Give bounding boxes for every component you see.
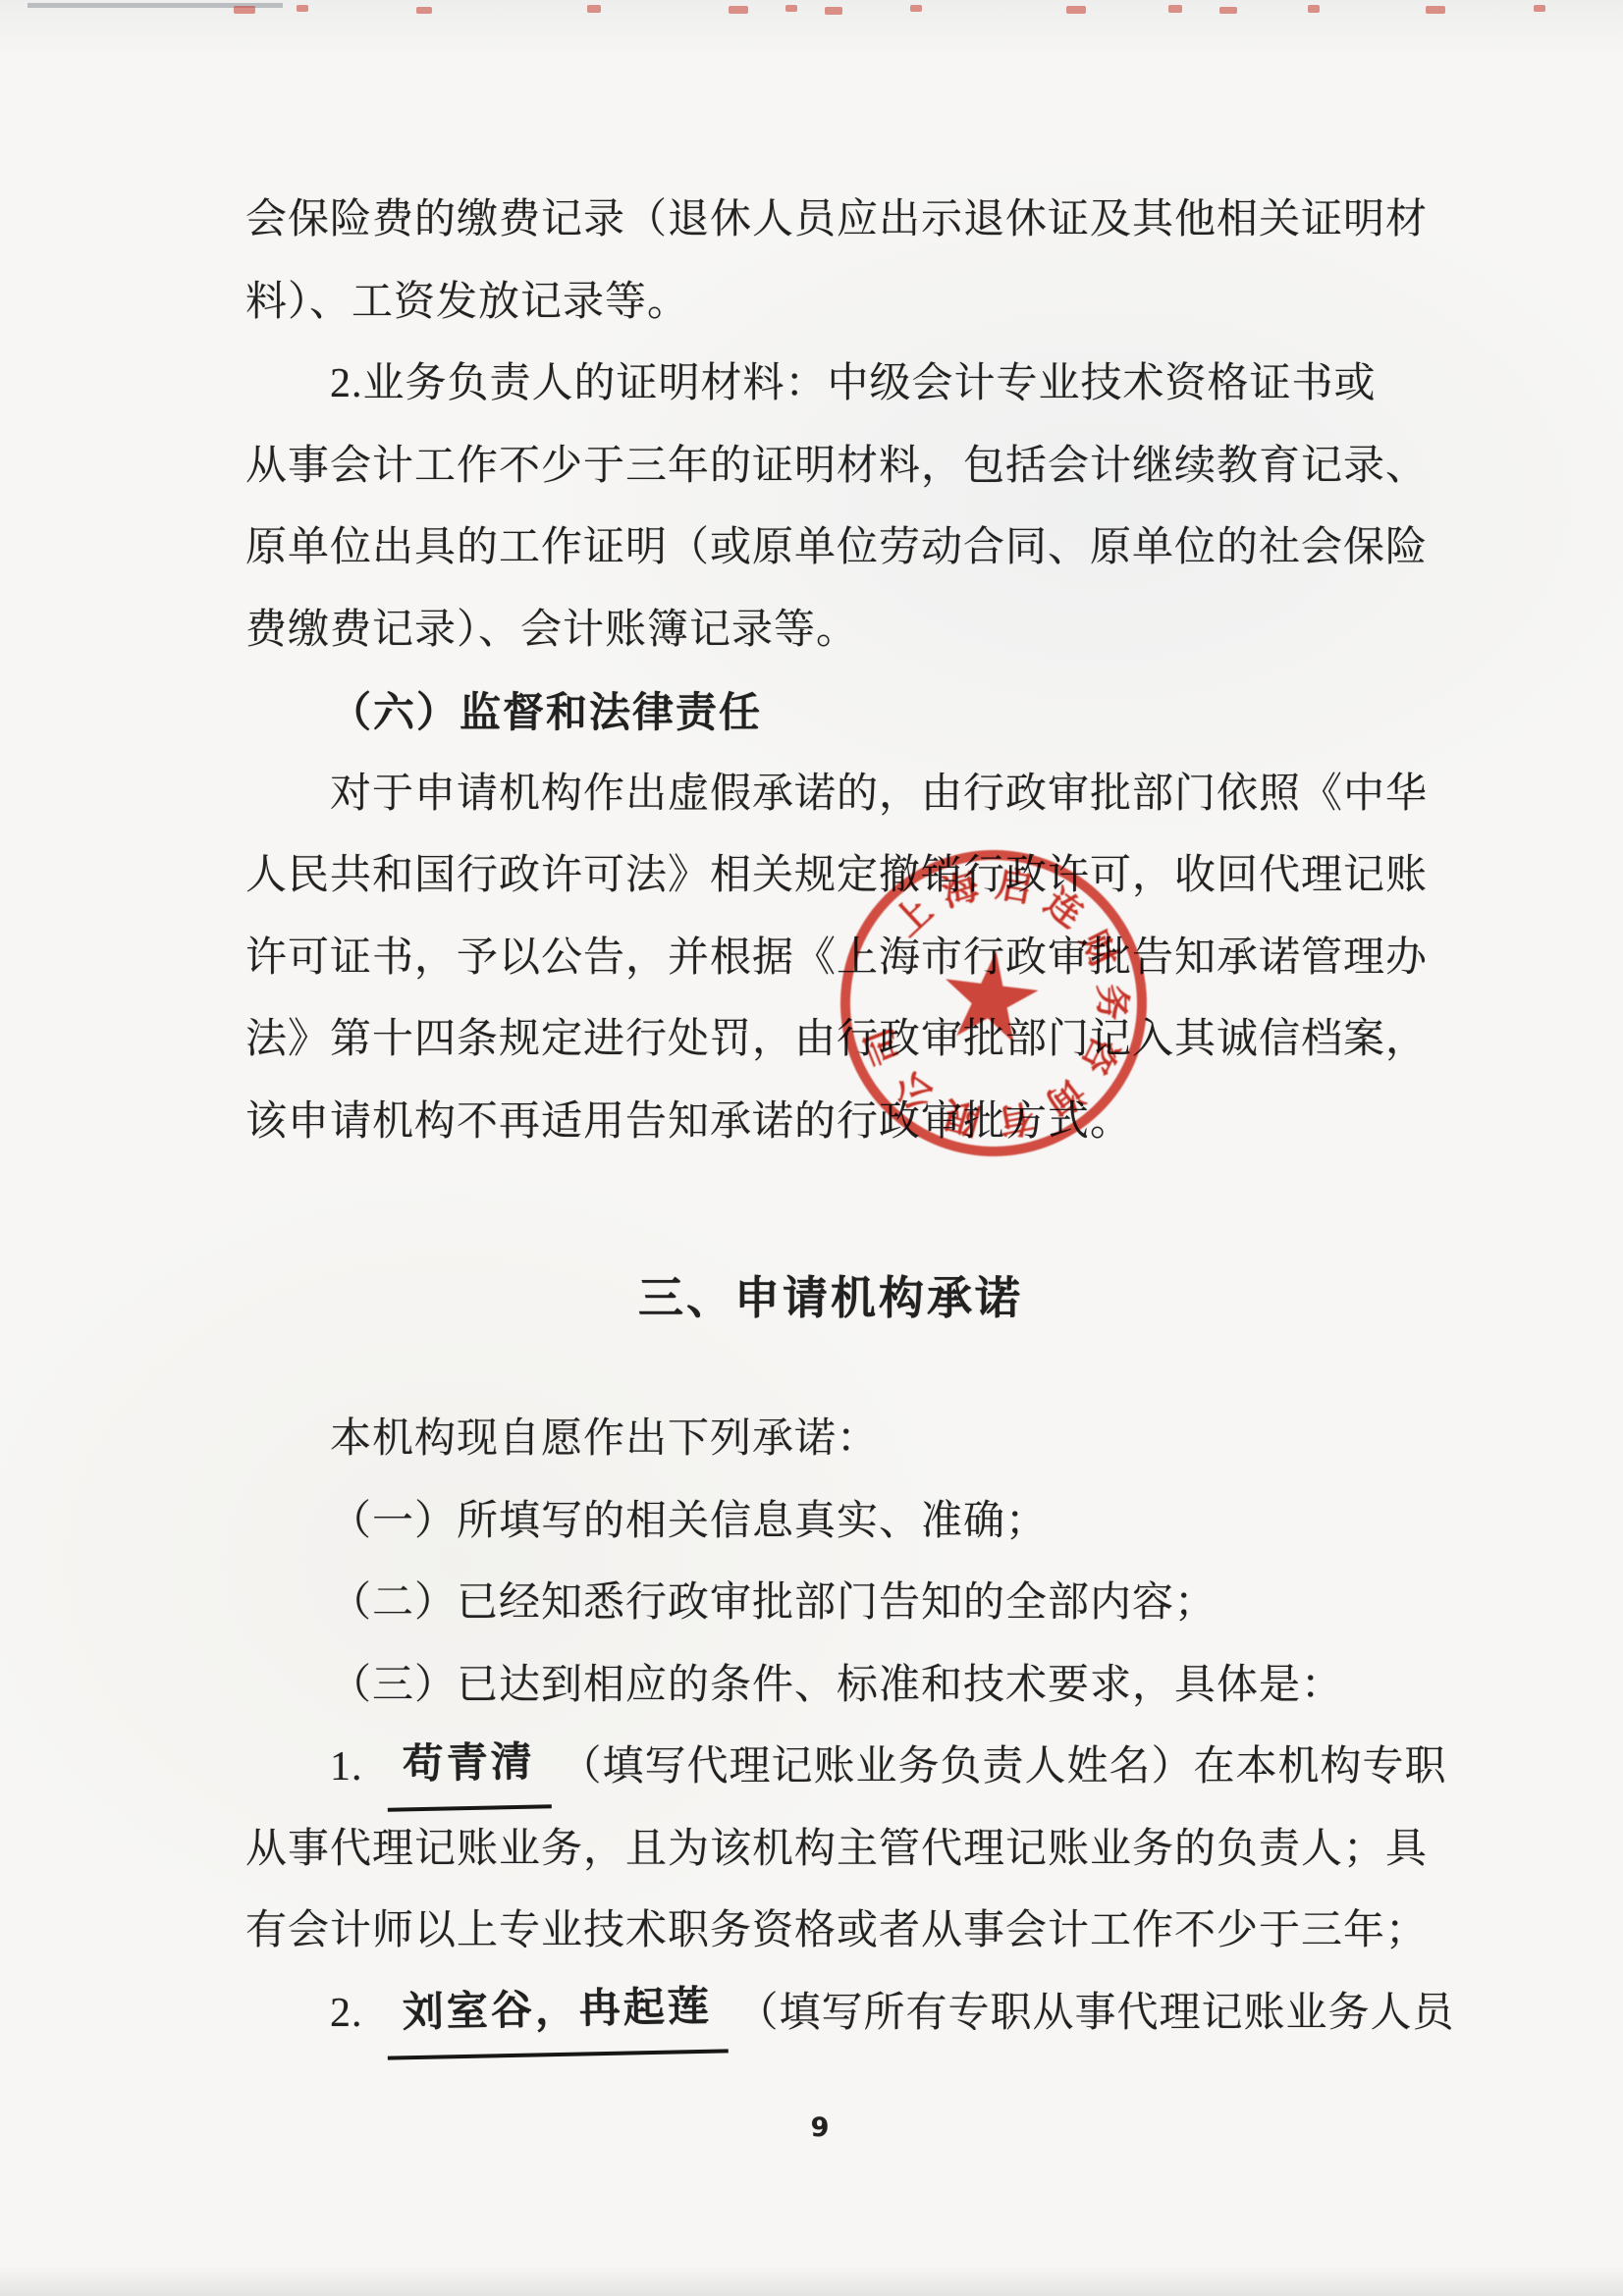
doc-line: 从事代理记账业务，且为该机构主管代理记账业务的负责人；具 bbox=[245, 1809, 1416, 1892]
scan-artifact bbox=[1066, 6, 1086, 14]
scan-artifact bbox=[910, 5, 922, 12]
scan-artifact bbox=[297, 5, 308, 12]
scan-artifact bbox=[0, 2267, 1623, 2296]
doc-line: 该申请机构不再适用告知承诺的行政审批方式。 bbox=[245, 1082, 1416, 1164]
seal-star-icon bbox=[933, 943, 1047, 1057]
doc-line: 从事会计工作不少于三年的证明材料，包括会计继续教育记录、 bbox=[245, 426, 1416, 508]
scan-artifact bbox=[1534, 5, 1545, 12]
scan-artifact bbox=[416, 7, 432, 14]
item-number: 1. bbox=[330, 1727, 363, 1809]
doc-line: 原单位出具的工作证明（或原单位劳动合同、原单位的社会保险 bbox=[245, 507, 1416, 590]
scan-artifact bbox=[1308, 5, 1320, 13]
item-number: 2. bbox=[330, 1973, 363, 2056]
seal-text-char: 有 bbox=[993, 1095, 1039, 1141]
doc-line: 许可证书，予以公告，并根据《上海市行政审批告知承诺管理办 bbox=[245, 918, 1416, 1000]
doc-line: （一）所填写的相关信息真实、准确； bbox=[245, 1481, 1416, 1564]
scan-artifact bbox=[587, 5, 601, 13]
scanned-document-page: 会保险费的缴费记录（退休人员应出示退休证及其他相关证明材 料）、工资发放记录等。… bbox=[0, 0, 1623, 2296]
doc-line: 会保险费的缴费记录（退休人员应出示退休证及其他相关证明材 bbox=[245, 180, 1416, 262]
item-text: （填写所有专职从事代理记账业务人员 bbox=[737, 1991, 1455, 2036]
doc-line: 对于申请机构作出虚假承诺的，由行政审批部门依照《中华 bbox=[245, 754, 1416, 836]
item-text: （填写代理记账业务负责人姓名）在本机构专职 bbox=[561, 1744, 1447, 1789]
page-number: 9 bbox=[0, 2112, 1623, 2143]
seal-text-char: 财 bbox=[1071, 924, 1124, 977]
doc-line: 料）、工资发放记录等。 bbox=[245, 262, 1416, 345]
seal-text-char: 限 bbox=[939, 1092, 987, 1140]
scan-artifact bbox=[785, 5, 797, 12]
doc-line: 有会计师以上专业技术职务资格或者从事会计工作不少于三年； bbox=[245, 1891, 1416, 1973]
handwritten-names-staff: 刘室谷，冉起莲 bbox=[386, 1966, 729, 2059]
doc-line: 法》第十四条规定进行处罚，由行政审批部门记入其诚信档案， bbox=[245, 999, 1416, 1082]
doc-line: （三）已达到相应的条件、标准和技术要求，具体是： bbox=[245, 1645, 1416, 1728]
seal-text-char: 询 bbox=[1037, 1068, 1092, 1123]
seal-text-char: 司 bbox=[859, 1021, 910, 1072]
document-body: 会保险费的缴费记录（退休人员应出示退休证及其他相关证明材 料）、工资发放记录等。… bbox=[245, 180, 1416, 2055]
seal-text-char: 公 bbox=[888, 1062, 943, 1117]
commitment-item-1: 1.苟青清（填写代理记账业务负责人姓名）在本机构专职 bbox=[245, 1727, 1416, 1809]
commitment-item-2: 2.刘室谷，冉起莲（填写所有专职从事代理记账业务人员 bbox=[245, 1973, 1416, 2056]
handwritten-name-responsible-person: 苟青清 bbox=[386, 1722, 552, 1811]
seal-text-char: 启 bbox=[991, 866, 1036, 911]
doc-line: 2.业务负责人的证明材料：中级会计专业技术资格证书或 bbox=[245, 344, 1416, 426]
scan-artifact bbox=[729, 6, 748, 14]
seal-text-char: 海 bbox=[936, 867, 985, 916]
scan-artifact bbox=[1426, 6, 1445, 14]
doc-line: 人民共和国行政许可法》相关规定撤销行政许可，收回代理记账 bbox=[245, 835, 1416, 918]
seal-text-char: 务 bbox=[1091, 983, 1130, 1022]
section-heading-commitment: 三、申请机构承诺 bbox=[245, 1256, 1416, 1340]
doc-line: 费缴费记录）、会计账簿记录等。 bbox=[245, 590, 1416, 672]
seal-text-char: 上 bbox=[887, 890, 943, 946]
doc-line: 本机构现自愿作出下列承诺： bbox=[245, 1399, 1416, 1481]
scan-artifact bbox=[234, 6, 255, 14]
seal-text-char: 咨 bbox=[1072, 1028, 1124, 1080]
scan-artifact bbox=[1168, 5, 1182, 13]
doc-line: （二）已经知悉行政审批部门告知的全部内容； bbox=[245, 1563, 1416, 1645]
scan-artifact bbox=[1219, 7, 1237, 14]
scan-artifact bbox=[825, 7, 842, 15]
seal-text-char: 连 bbox=[1036, 881, 1091, 936]
section-heading-supervision: （六）监督和法律责任 bbox=[245, 671, 1416, 754]
